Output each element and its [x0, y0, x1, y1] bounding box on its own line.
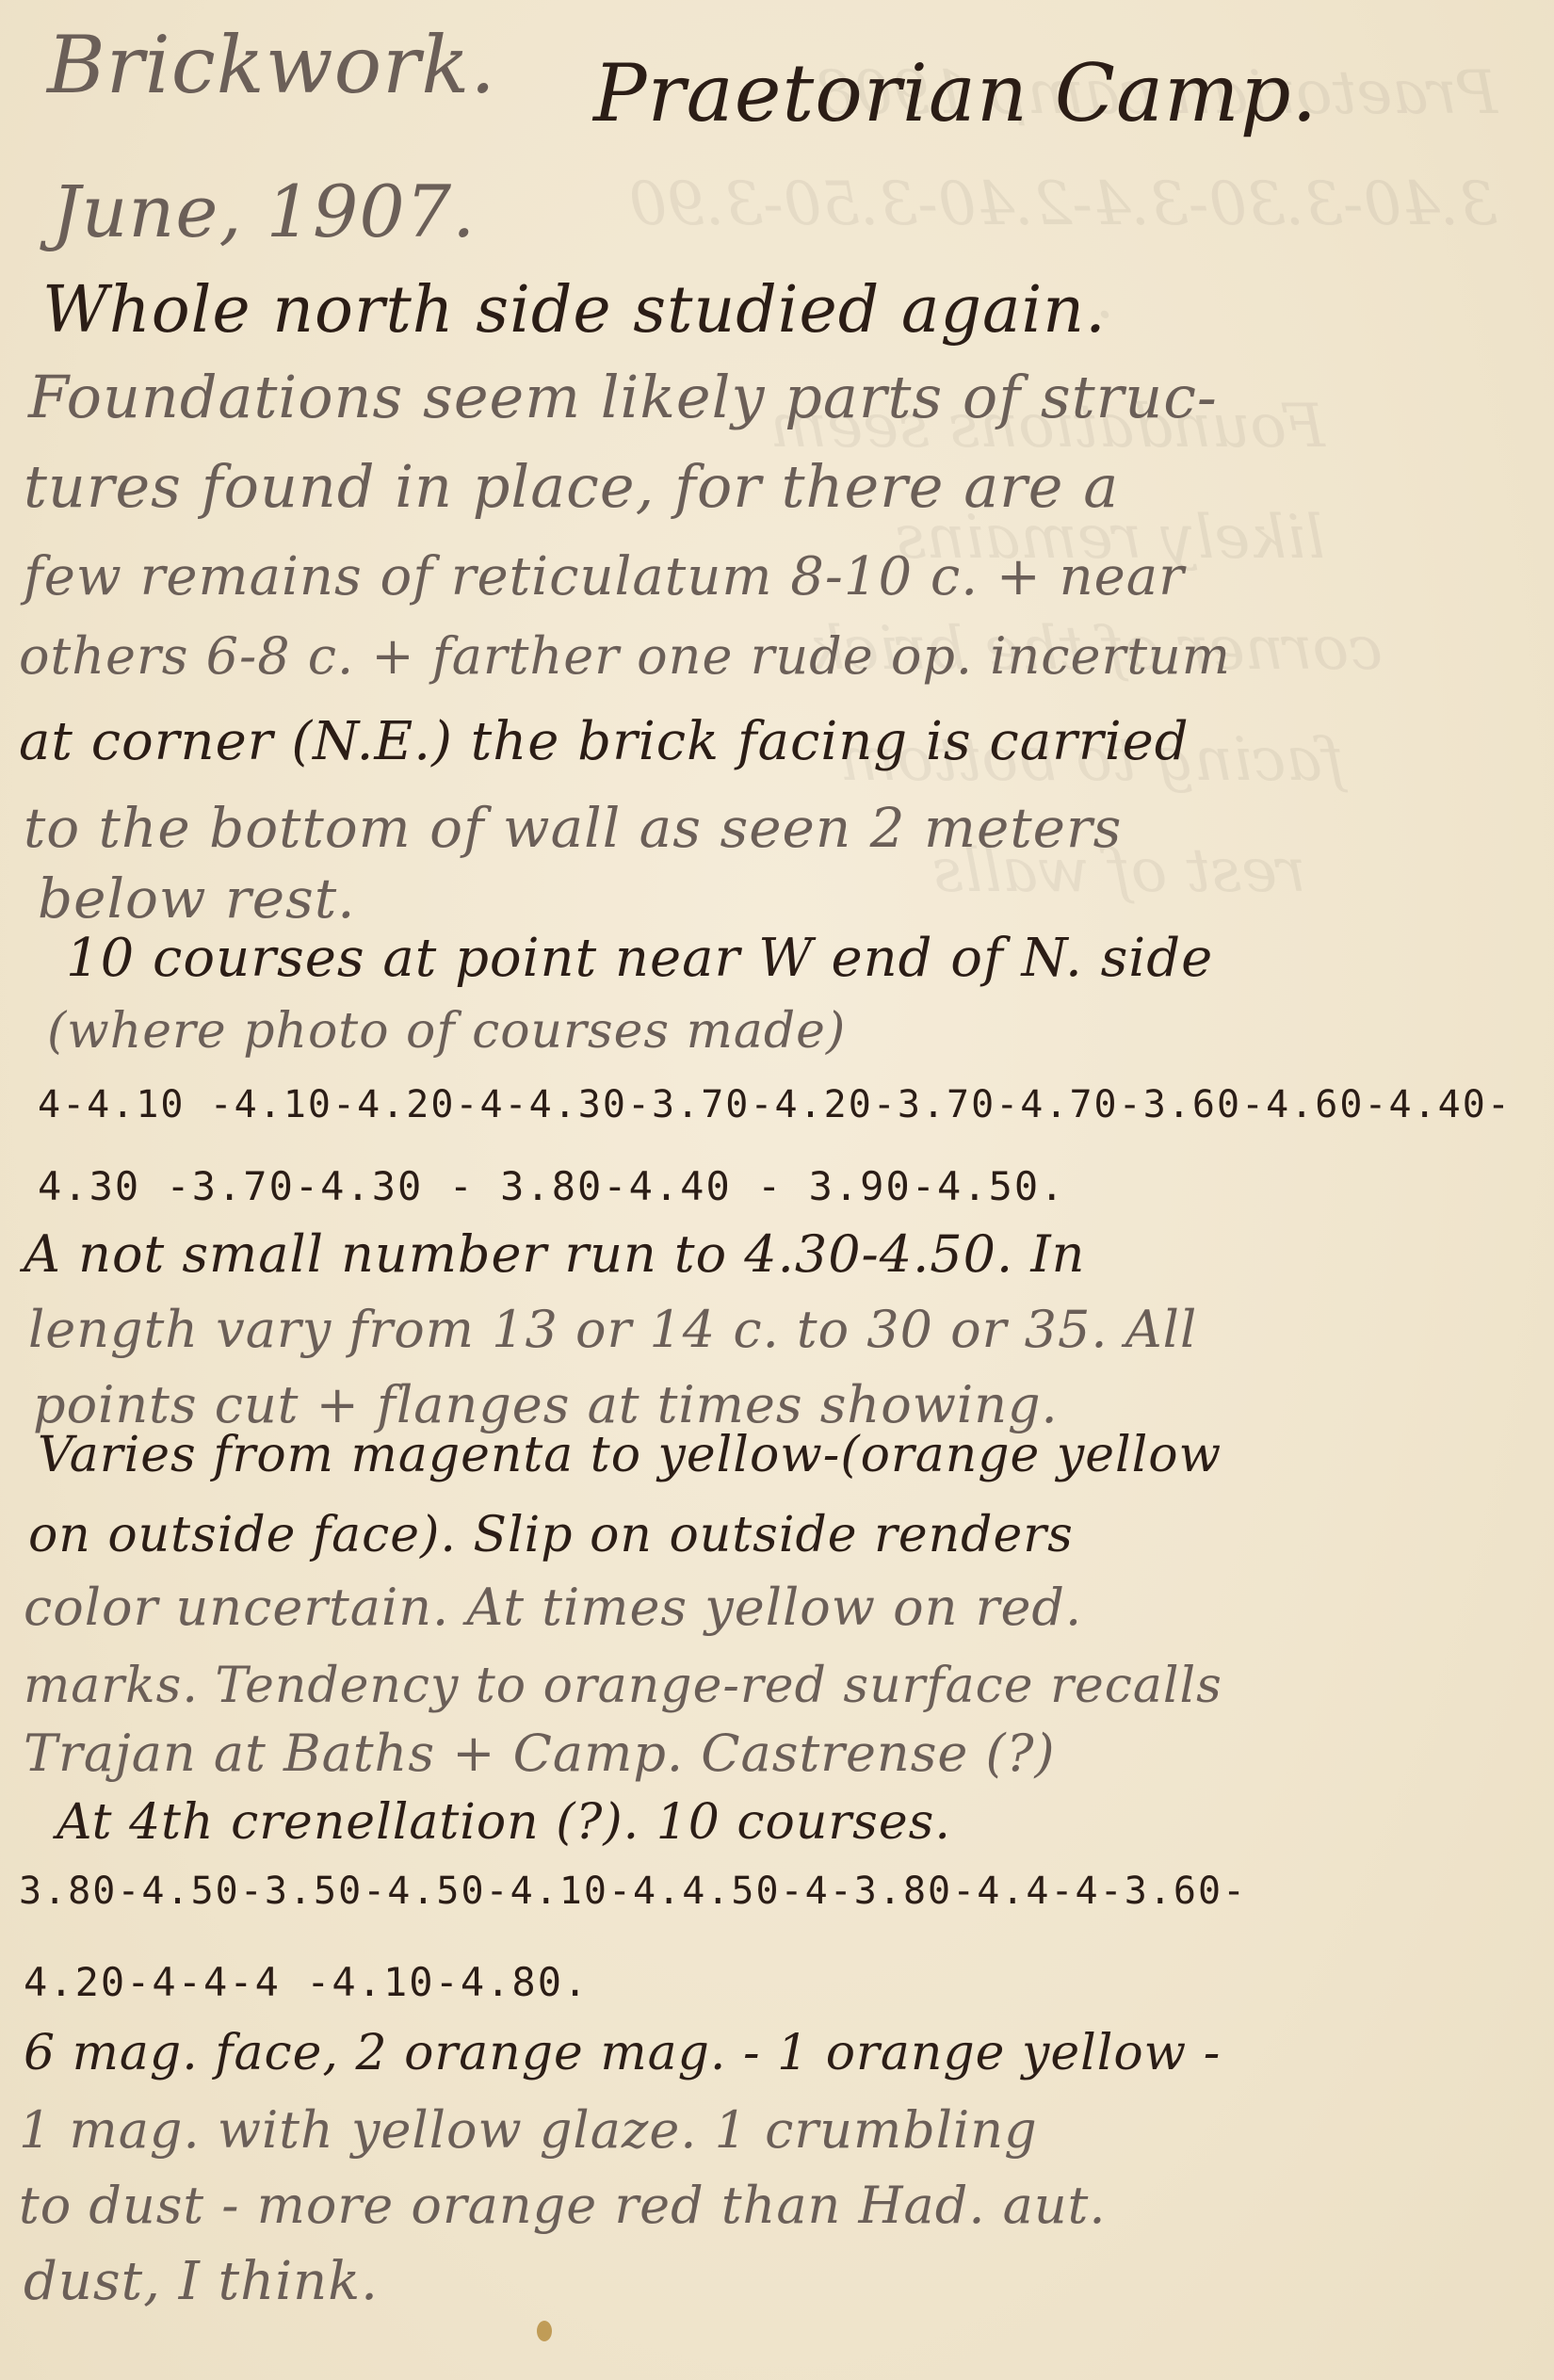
note-line: 1 mag. with yellow glaze. 1 crumbling [19, 2100, 1038, 2160]
notebook-page: Praetorian camp 1908 3.40-3.30-3.4-2.40-… [0, 0, 1554, 2380]
note-line: below rest. [38, 866, 356, 931]
note-line: length vary from 13 or 14 c. to 30 or 35… [28, 1300, 1197, 1359]
header-site: Praetorian Camp. [593, 47, 1318, 139]
note-line: 6 mag. face, 2 orange mag. - 1 orange ye… [24, 2025, 1221, 2081]
note-line: color uncertain. At times yellow on red. [24, 1578, 1082, 1637]
note-line: to the bottom of wall as seen 2 meters [24, 796, 1122, 860]
note-line: few remains of reticulatum 8-10 c. + nea… [24, 546, 1185, 607]
header-topic: Brickwork. [47, 19, 496, 111]
note-line: (where photo of courses made) [47, 1003, 846, 1060]
note-line: marks. Tendency to orange-red surface re… [24, 1658, 1222, 1714]
ink-stain [537, 2321, 552, 2341]
measurement-line: 4.20-4-4-4 -4.10-4.80. [24, 1959, 589, 2005]
measurement-line: 4.30 -3.70-4.30 - 3.80-4.40 - 3.90-4.50. [38, 1163, 1065, 1209]
note-line: at corner (N.E.) the brick facing is car… [19, 711, 1190, 772]
note-line: on outside face). Slip on outside render… [28, 1507, 1074, 1563]
note-line: tures found in place, for there are a [24, 452, 1119, 521]
note-line: others 6-8 c. + farther one rude op. inc… [19, 626, 1231, 686]
note-line: Whole north side studied again. [42, 273, 1107, 348]
measurement-line: 3.80-4.50-3.50-4.50-4.10-4.4.50-4-3.80-4… [19, 1870, 1247, 1913]
note-line: Varies from magenta to yellow-(orange ye… [38, 1427, 1222, 1483]
note-line: Trajan at Baths + Camp. Castrense (?) [24, 1724, 1056, 1783]
note-line: Foundations seem likely parts of struc- [28, 363, 1218, 431]
note-line: dust, I think. [24, 2251, 379, 2312]
header-date: June, 1907. [52, 170, 476, 253]
note-line: 10 courses at point near W end of N. sid… [66, 928, 1213, 989]
note-line: to dust - more orange red than Had. aut. [19, 2176, 1107, 2235]
note-line: points cut + flanges at times showing. [33, 1375, 1059, 1434]
note-line: At 4th crenellation (?). 10 courses. [57, 1794, 951, 1851]
note-line: A not small number run to 4.30-4.50. In [24, 1224, 1085, 1284]
measurement-line: 4-4.10 -4.10-4.20-4-4.30-3.70-4.20-3.70-… [38, 1083, 1512, 1126]
